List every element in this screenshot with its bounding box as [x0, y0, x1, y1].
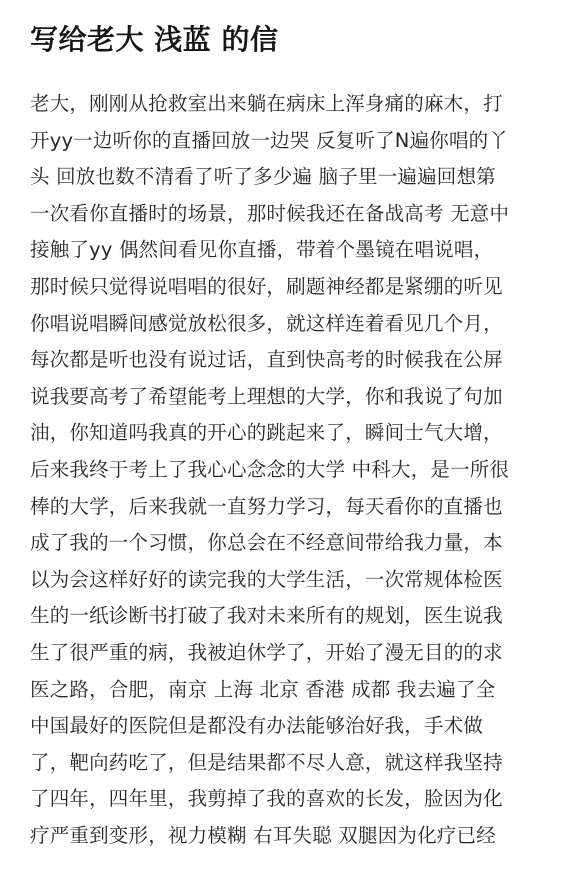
body-line: 生了很严重的病，我被迫休学了，开始了漫无目的的求 [30, 635, 550, 672]
body-line: 说我要高考了希望能考上理想的大学，你和我说了句加 [30, 379, 550, 416]
body-line: 开yy一边听你的直播回放一边哭 反复听了N遍你唱的丫 [30, 123, 550, 160]
body-line: 后来我终于考上了我心心念念的大学 中科大，是一所很 [30, 452, 550, 489]
body-line: 那时候只觉得说唱唱的很好，刷题神经都是紧绷的听见 [30, 269, 550, 306]
body-line: 中国最好的医院但是都没有办法能够治好我，手术做 [30, 708, 550, 745]
body-line: 头 回放也数不清看了听了多少遍 脑子里一遍遍回想第 [30, 159, 550, 196]
body-line: 了，靶向药吃了，但是结果都不尽人意，就这样我坚持 [30, 745, 550, 782]
body-line: 成了我的一个习惯，你总会在不经意间带给我力量，本 [30, 525, 550, 562]
body-line: 生的一纸诊断书打破了我对未来所有的规划，医生说我 [30, 598, 550, 635]
body-line: 棒的大学，后来我就一直努力学习，每天看你的直播也 [30, 489, 550, 526]
article-title: 写给老大 浅蓝 的信 [30, 20, 279, 60]
body-line: 油，你知道吗我真的开心的跳起来了，瞬间士气大增， [30, 415, 550, 452]
body-line: 接触了yy 偶然间看见你直播，带着个墨镜在唱说唱， [30, 232, 550, 269]
body-line: 你唱说唱瞬间感觉放松很多，就这样连着看见几个月， [30, 306, 550, 343]
body-line: 每次都是听也没有说过话，直到快高考的时候我在公屏 [30, 342, 550, 379]
body-line: 一次看你直播时的场景，那时候我还在备战高考 无意中 [30, 196, 550, 233]
body-line: 医之路，合肥，南京 上海 北京 香港 成都 我去遍了全 [30, 672, 550, 709]
body-line: 疗严重到变形，视力模糊 右耳失聪 双腿因为化疗已经 [30, 818, 550, 855]
article-body: 老大，刚刚从抢救室出来躺在病床上浑身痛的麻木，打 开yy一边听你的直播回放一边哭… [30, 86, 550, 854]
body-line: 老大，刚刚从抢救室出来躺在病床上浑身痛的麻木，打 [30, 86, 550, 123]
body-line: 以为会这样好好的读完我的大学生活，一次常规体检医 [30, 562, 550, 599]
body-line: 了四年，四年里，我剪掉了我的喜欢的长发，脸因为化 [30, 781, 550, 818]
